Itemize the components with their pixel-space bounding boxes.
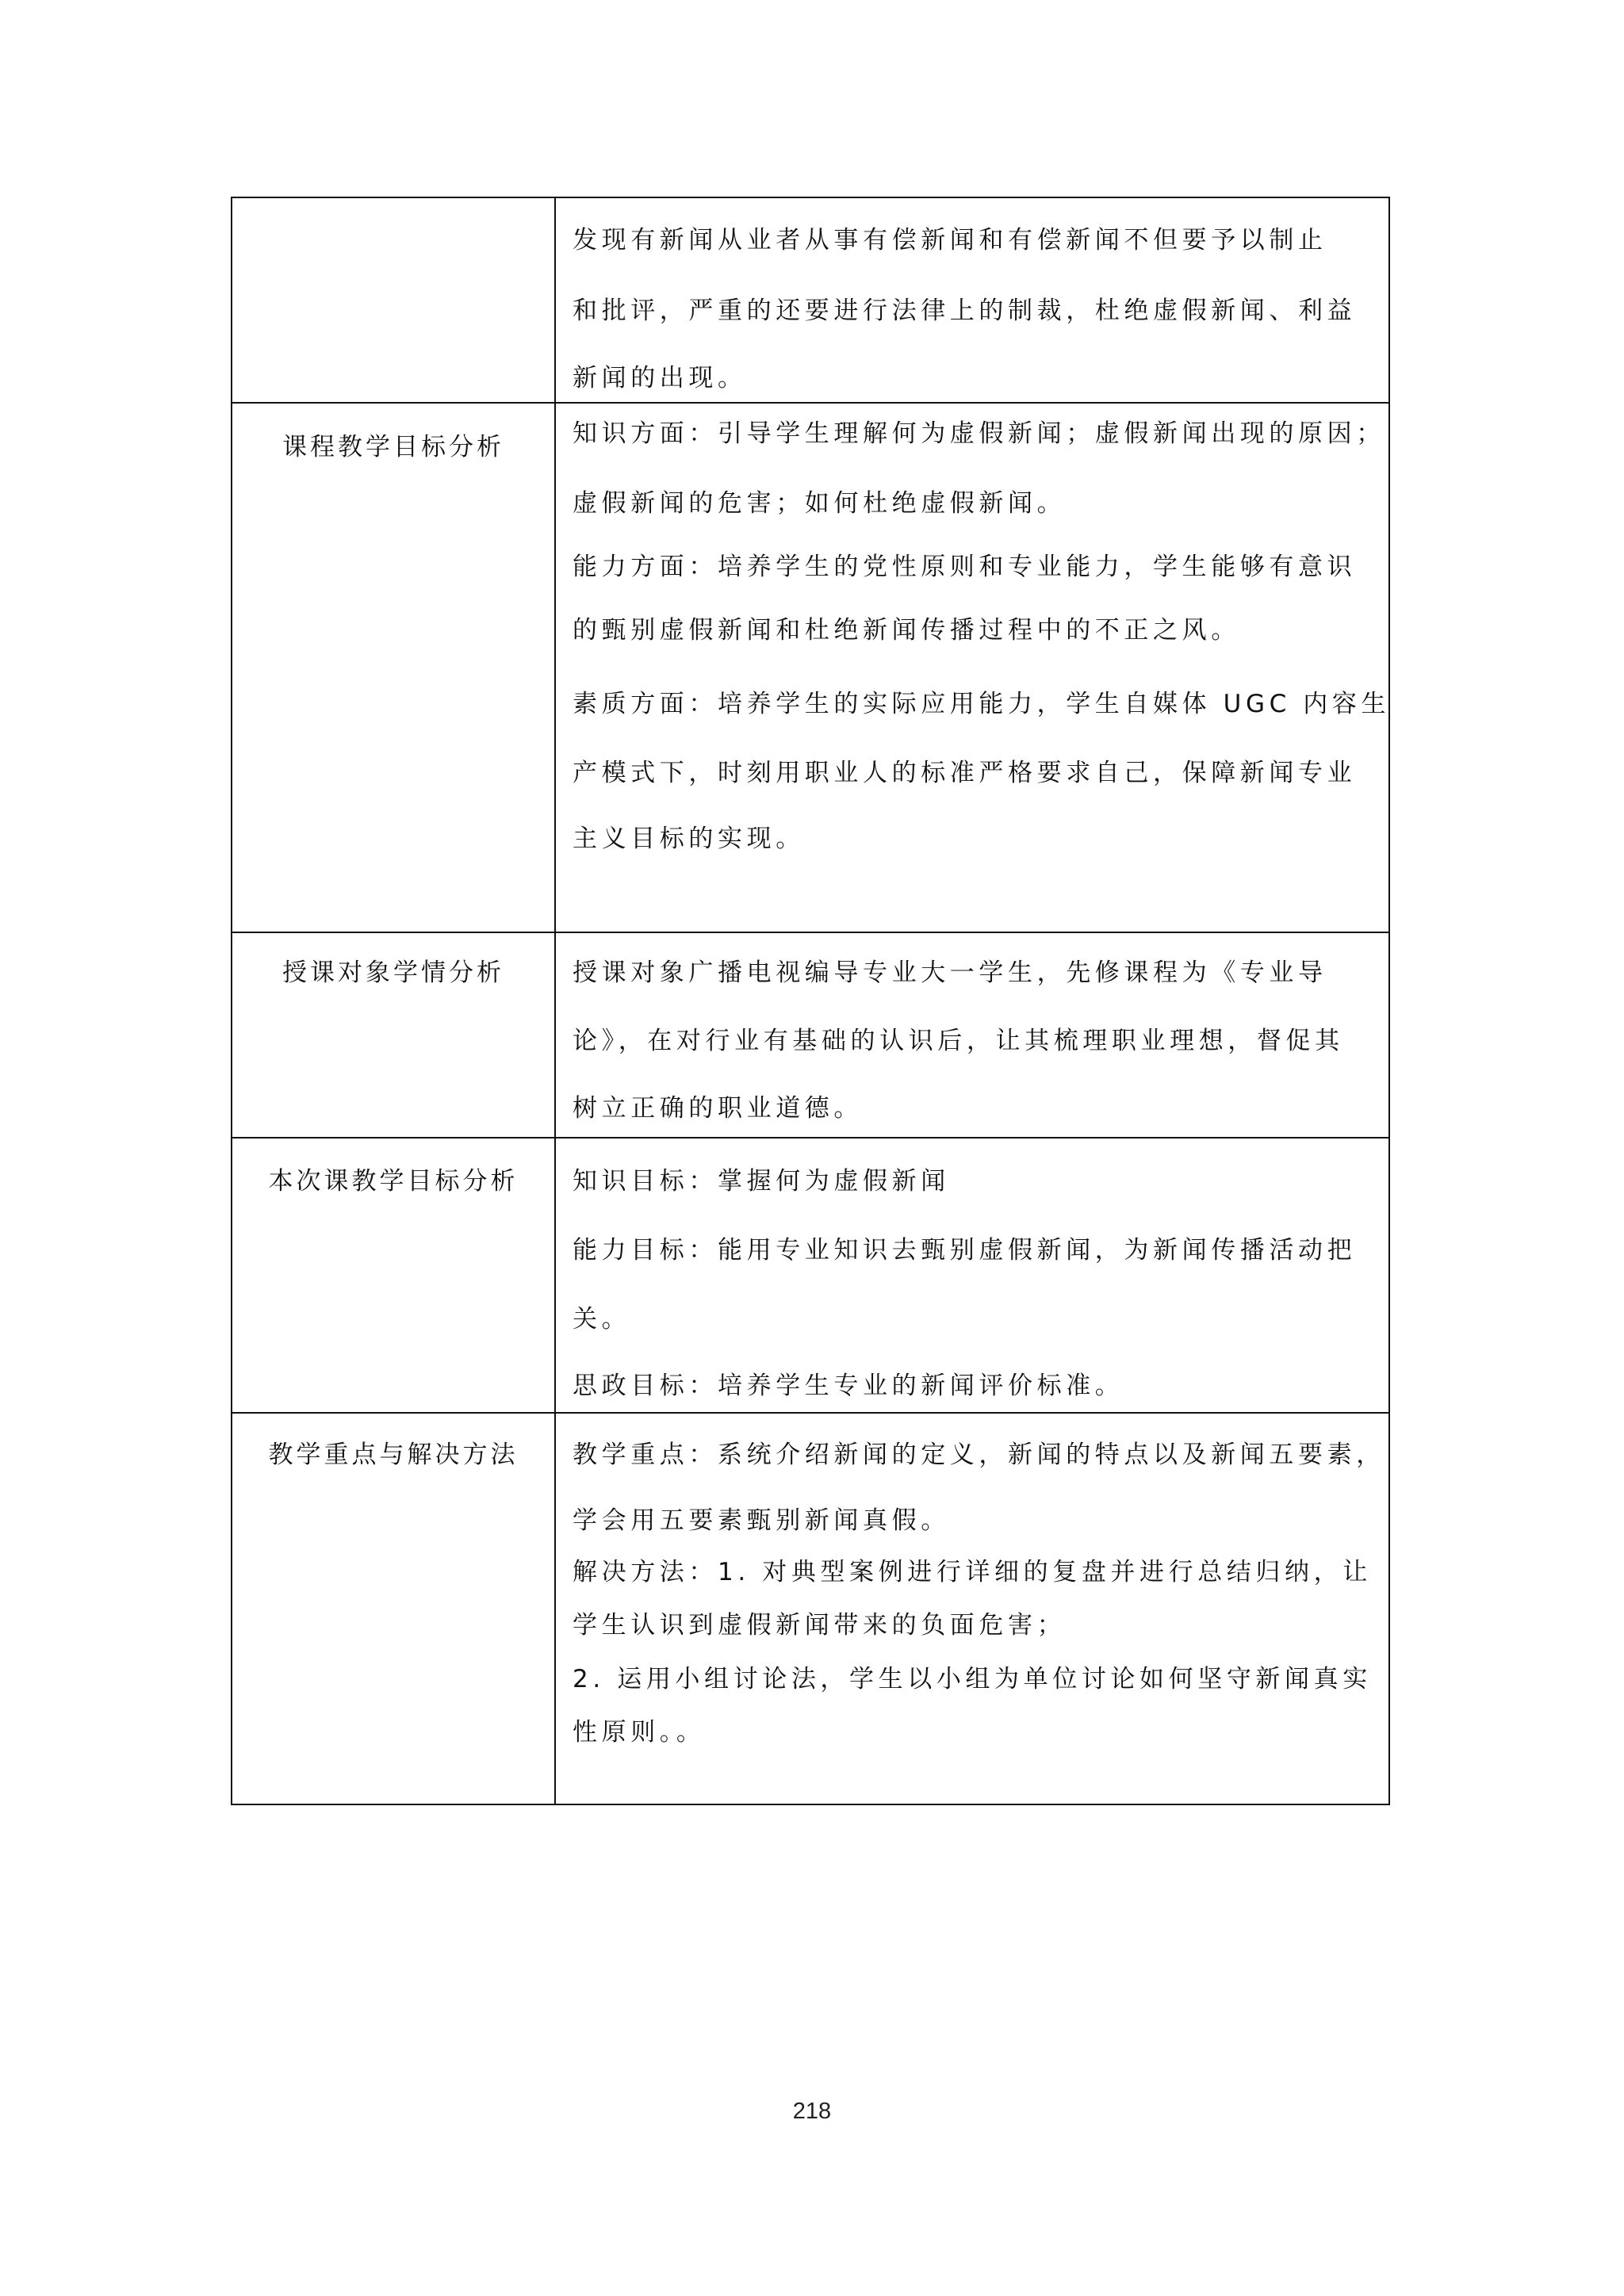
document-page: 发现有新闻从业者从事有偿新闻和有偿新闻不但要予以制止 和批评，严重的还要进行法律…: [0, 0, 1624, 2296]
row-label: 课程教学目标分析: [232, 431, 554, 463]
cell-text-line: 论》，在对行业有基础的认识后，让其梳理职业理想，督促其: [573, 1025, 1381, 1057]
cell-text-line: 产模式下，时刻用职业人的标准严格要求自己，保障新闻专业: [573, 757, 1381, 789]
row-label: 教学重点与解决方法: [232, 1439, 554, 1471]
cell-text-line: 能力目标：能用专业知识去甄别虚假新闻，为新闻传播活动把: [573, 1234, 1381, 1266]
cell-text-line: 的甄别虚假新闻和杜绝新闻传播过程中的不正之风。: [573, 614, 1381, 646]
cell-text-line: 虚假新闻的危害；如何杜绝虚假新闻。: [573, 488, 1381, 519]
cell-text-line: 素质方面：培养学生的实际应用能力，学生自媒体 UGC 内容生: [573, 688, 1381, 720]
cell-text-line: 授课对象广播电视编导专业大一学生，先修课程为《专业导: [573, 957, 1381, 989]
cell-text-line: 知识目标：掌握何为虚假新闻: [573, 1165, 1381, 1197]
cell-text-line: 2. 运用小组讨论法，学生以小组为单位讨论如何坚守新闻真实: [573, 1663, 1381, 1695]
cell-text-line: 和批评，严重的还要进行法律上的制裁，杜绝虚假新闻、利益: [573, 295, 1381, 327]
row-divider: [231, 1412, 1390, 1414]
row-divider: [231, 402, 1390, 404]
cell-text-line: 知识方面：引导学生理解何为虚假新闻；虚假新闻出现的原因；: [573, 418, 1381, 450]
column-divider: [554, 197, 556, 1805]
cell-text-line: 主义目标的实现。: [573, 823, 1381, 855]
cell-text-line: 树立正确的职业道德。: [573, 1093, 1381, 1124]
row-label: 授课对象学情分析: [232, 957, 554, 989]
cell-text-line: 学生认识到虚假新闻带来的负面危害；: [573, 1609, 1381, 1641]
cell-text-line: 学会用五要素甄别新闻真假。: [573, 1505, 1381, 1536]
cell-text-line: 新闻的出现。: [573, 362, 1381, 394]
cell-text-line: 发现有新闻从业者从事有偿新闻和有偿新闻不但要予以制止: [573, 224, 1381, 256]
cell-text-line: 教学重点：系统介绍新闻的定义，新闻的特点以及新闻五要素，: [573, 1439, 1381, 1471]
cell-text-line: 解决方法：1. 对典型案例进行详细的复盘并进行总结归纳，让: [573, 1556, 1381, 1588]
row-divider: [231, 1137, 1390, 1138]
row-divider: [231, 932, 1390, 933]
row-label: 本次课教学目标分析: [232, 1165, 554, 1197]
cell-text-line: 关。: [573, 1303, 1381, 1335]
cell-text-line: 能力方面：培养学生的党性原则和专业能力，学生能够有意识: [573, 551, 1381, 583]
cell-text-line: 思政目标：培养学生专业的新闻评价标准。: [573, 1370, 1381, 1402]
cell-text-line: 性原则。。: [573, 1716, 1381, 1748]
page-number: 218: [0, 2098, 1624, 2125]
